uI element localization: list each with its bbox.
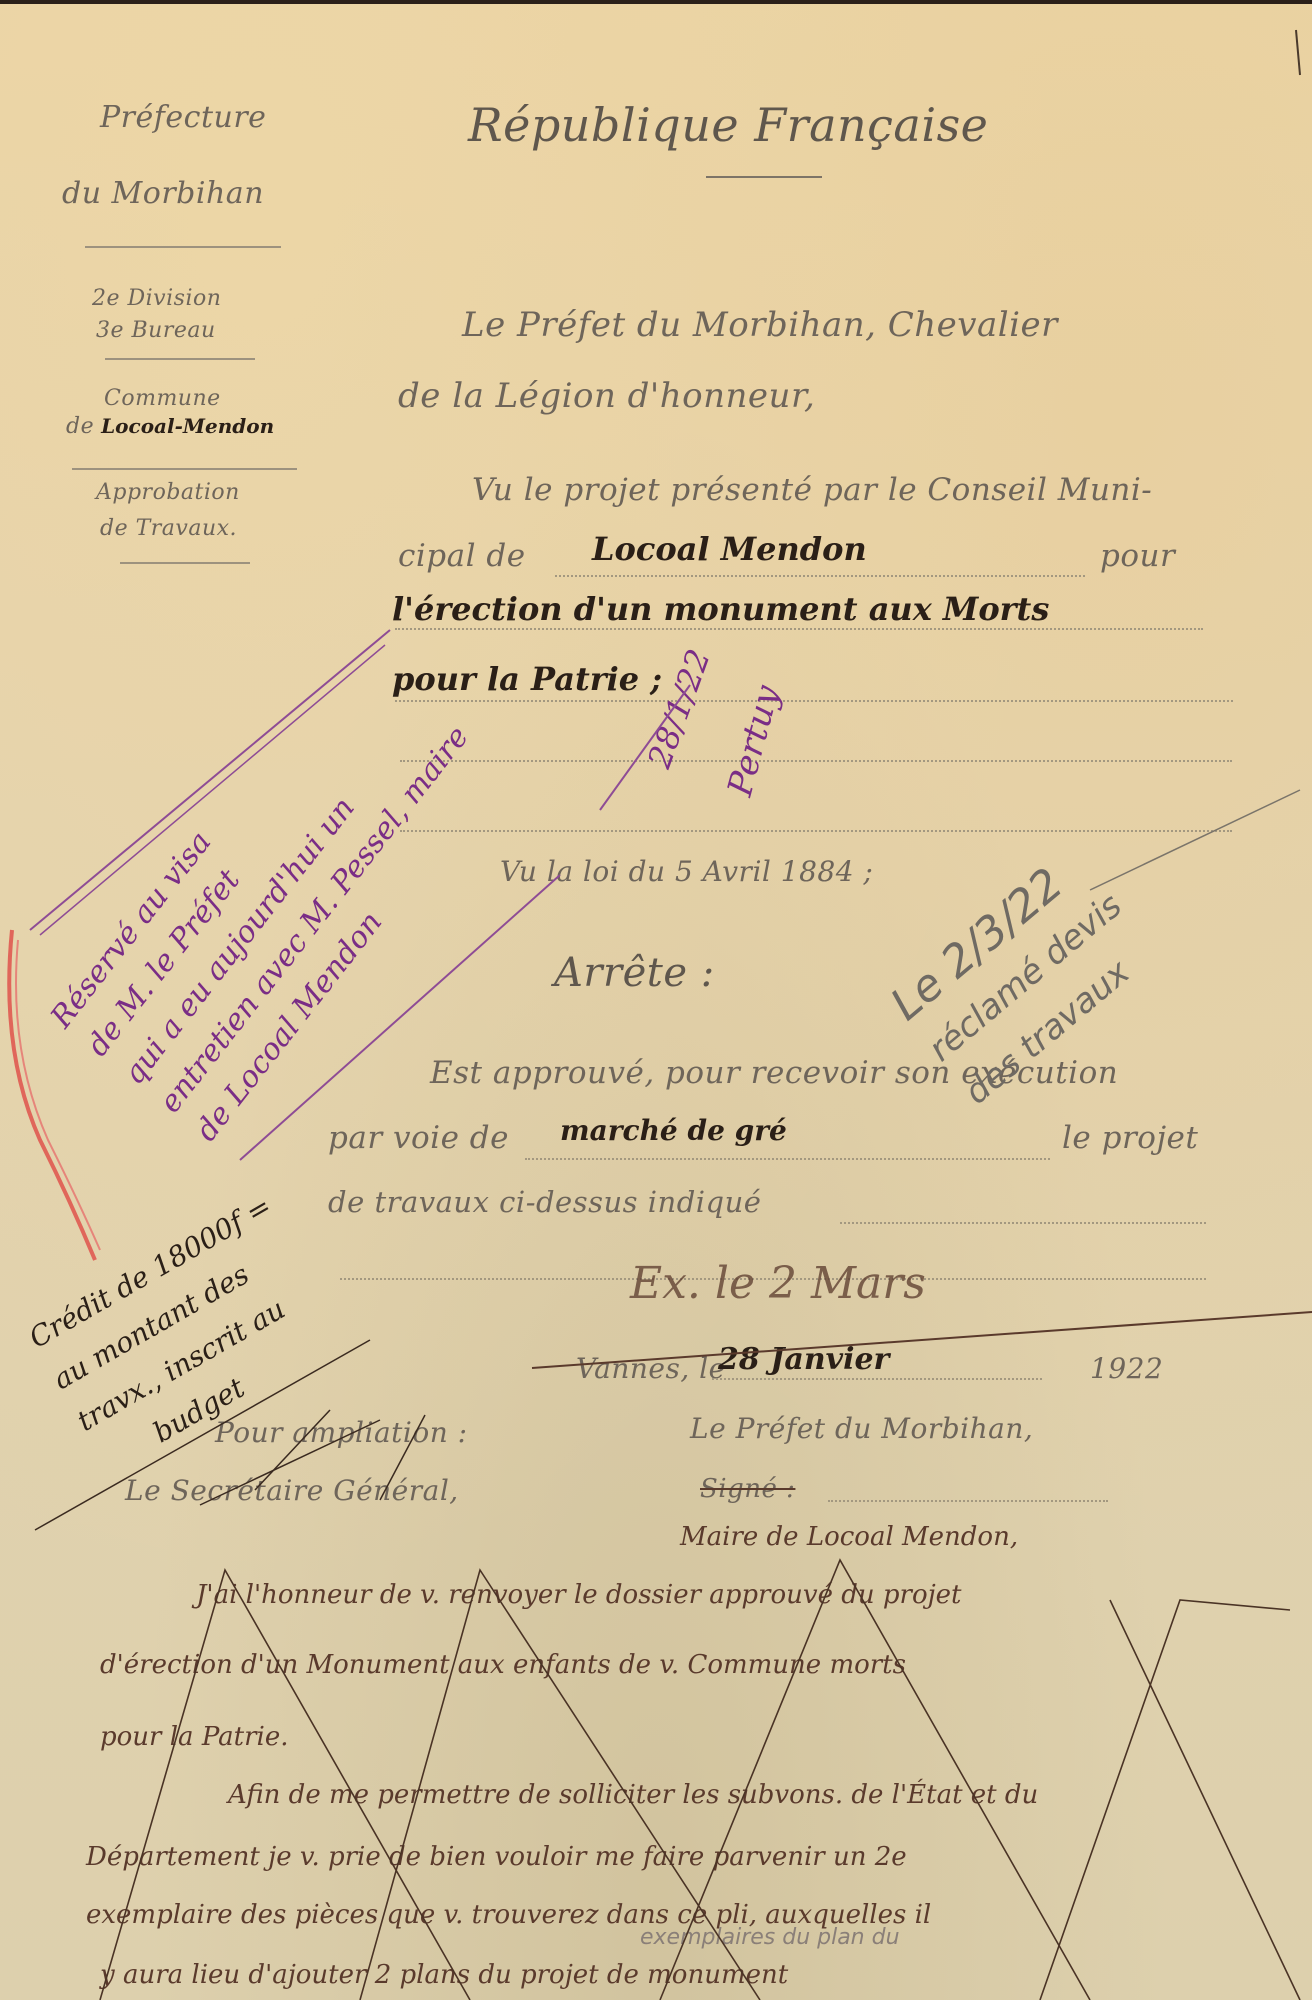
fill-line-commune [555, 575, 1085, 577]
letter-line-2: d'érection d'un Monument aux enfants de … [100, 1650, 906, 1680]
margin-bureau: 3e Bureau [96, 318, 216, 343]
fill-line-approuve [840, 1222, 1206, 1224]
margin-rule-1 [85, 246, 281, 248]
signer-title: Le Préfet du Morbihan, [690, 1412, 1033, 1445]
document-page: Préfecture du Morbihan 2e Division 3e Bu… [0, 0, 1312, 2000]
margin-commune-name: Locoal-Mendon [101, 414, 274, 438]
margin-subject-2: de Travaux. [100, 516, 237, 541]
object-line-2: pour la Patrie ; [392, 660, 662, 698]
approuve-suffix: le projet [1062, 1120, 1198, 1156]
vu-projet-suffix: pour [1100, 538, 1175, 574]
secretaire-label: Le Secrétaire Général, [125, 1474, 459, 1507]
margin-rule-4 [120, 562, 250, 564]
ampliation-label: Pour ampliation : [215, 1416, 468, 1449]
letter-line-3: pour la Patrie. [100, 1722, 289, 1752]
vu-projet-commune: Locoal Mendon [592, 530, 867, 568]
vu-projet-line-1: Vu le projet présenté par le Conseil Mun… [472, 472, 1152, 508]
prefet-line-1: Le Préfet du Morbihan, Chevalier [462, 305, 1058, 345]
letter-line-5: Département je v. prie de bien vouloir m… [86, 1842, 907, 1872]
vu-loi: Vu la loi du 5 Avril 1884 ; [500, 855, 873, 888]
date-year: 1922 [1090, 1352, 1163, 1385]
margin-subject-1: Approbation [96, 480, 240, 505]
letter-line-7: y aura lieu d'ajouter 2 plans du projet … [100, 1960, 788, 1990]
letter-line-4: Afin de me permettre de solliciter les s… [228, 1780, 1038, 1810]
fill-line-mode [525, 1158, 1050, 1160]
margin-commune-prefix: de [66, 414, 94, 439]
margin-prefecture: Préfecture [100, 100, 266, 135]
approuve-prefix: par voie de [328, 1120, 509, 1156]
fill-line-date [712, 1378, 1042, 1380]
title-underline [706, 176, 822, 178]
date-day-month: 28 Janvier [718, 1342, 889, 1377]
margin-division: 2e Division [92, 286, 221, 311]
scan-top-edge [0, 0, 1312, 4]
margin-morbihan: du Morbihan [62, 176, 264, 211]
fill-line-object-1 [395, 628, 1203, 630]
fill-line-blank-1 [400, 760, 1232, 762]
margin-rule-3 [72, 468, 297, 470]
margin-commune-label: Commune [104, 386, 221, 411]
vu-projet-prefix: cipal de [398, 538, 526, 574]
letter-correction: exemplaires du plan du [640, 1925, 900, 1950]
margin-commune: de Locoal-Mendon [66, 414, 274, 439]
letter-salutation: Maire de Locoal Mendon, [680, 1522, 1018, 1552]
fill-line-blank-2 [400, 830, 1232, 832]
arrete-heading: Arrête : [554, 950, 715, 996]
approuve-line-3: de travaux ci-dessus indiqué [328, 1185, 761, 1219]
fill-line-object-2 [395, 700, 1233, 702]
object-line-1: l'érection d'un monument aux Morts [392, 590, 1049, 628]
letter-line-1: J'ai l'honneur de v. renvoyer le dossier… [196, 1580, 962, 1610]
margin-rule-2 [105, 358, 255, 360]
fill-line-signe [828, 1500, 1108, 1502]
prefet-line-2: de la Légion d'honneur, [398, 376, 815, 416]
approuve-mode: marché de gré [560, 1114, 787, 1147]
place-date-prefix: Vannes, le [576, 1352, 726, 1385]
annotation-ex-date: Ex. le 2 Mars [630, 1258, 926, 1309]
page-title: République Française [468, 98, 988, 152]
signe-label: Signé : [700, 1474, 795, 1504]
